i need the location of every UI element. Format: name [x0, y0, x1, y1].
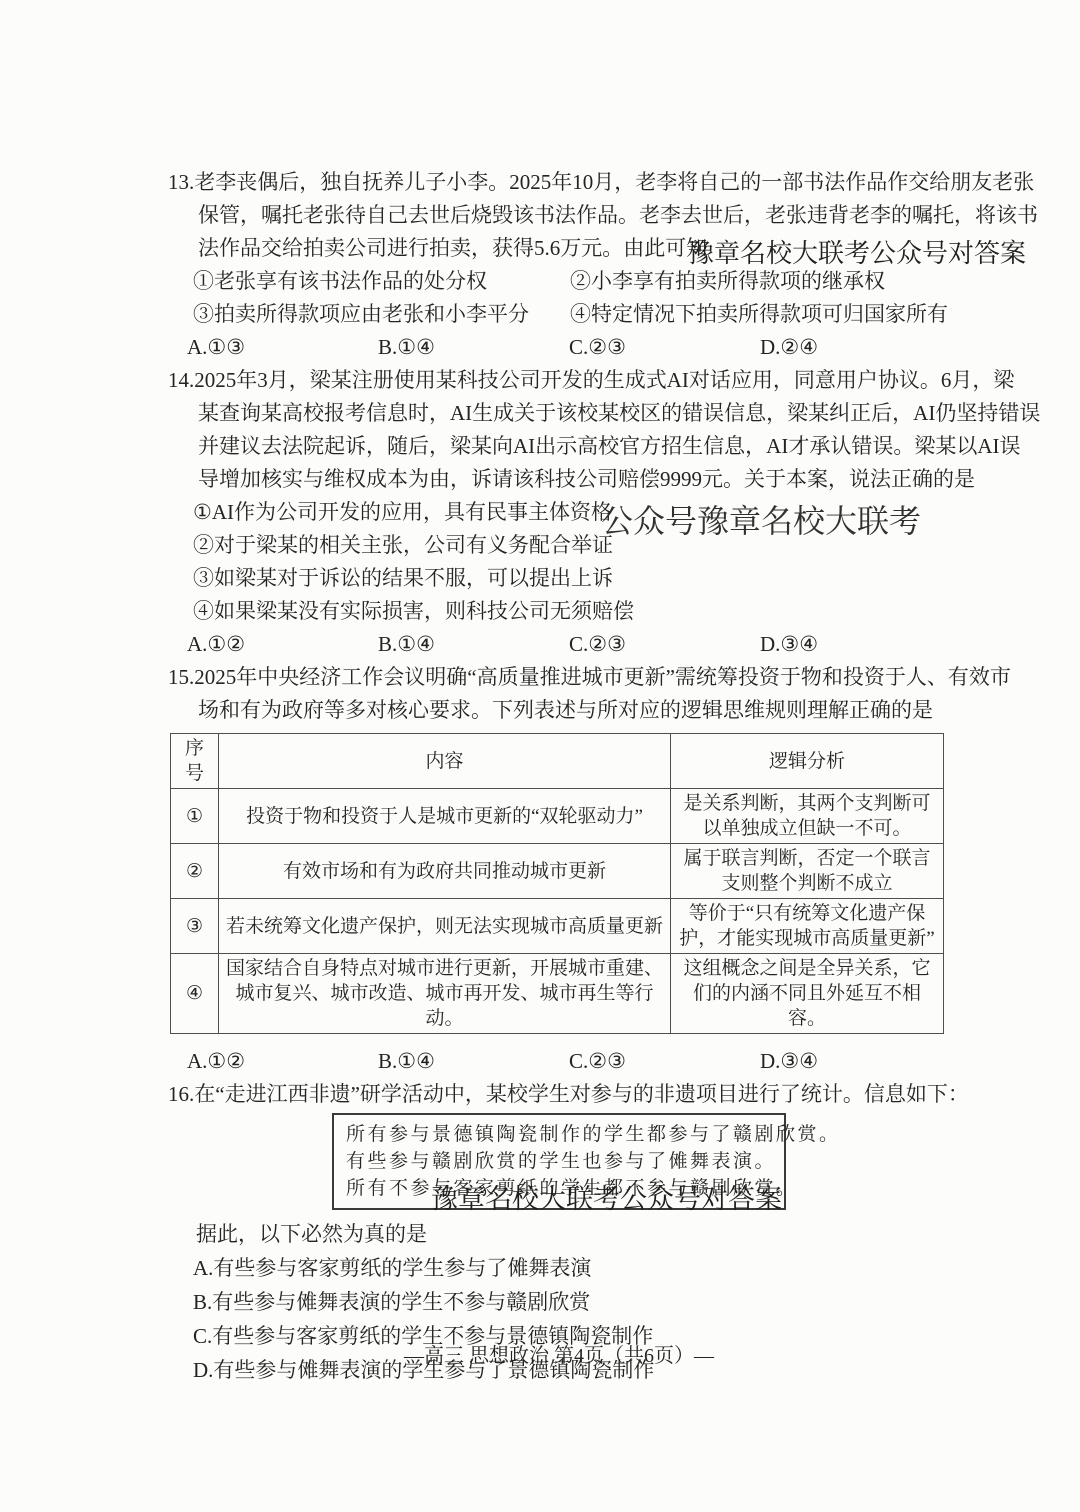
q16-prompt: 据此，以下必然为真的是: [168, 1218, 960, 1251]
page-footer: —高三 思想政治 第4页（共6页）—: [168, 1339, 950, 1368]
q14-line-3: 并建议去法院起诉，随后，梁某向AI出示高校官方招生信息，AI才承认错误。梁某以A…: [168, 430, 960, 463]
question-15: 15.2025年中央经济工作会议明确“高质量推进城市更新”需统筹投资于物和投资于…: [168, 661, 960, 1078]
row2-content: 有效市场和有为政府共同推动城市更新: [219, 844, 671, 899]
q14-option-c: C.②③: [569, 628, 760, 661]
q15-line-1: 15.2025年中央经济工作会议明确“高质量推进城市更新”需统筹投资于物和投资于…: [168, 661, 960, 694]
q13-option-d: D.②④: [760, 331, 818, 364]
table-row: ② 有效市场和有为政府共同推动城市更新 属于联言判断，否定一个联言支则整个判断不…: [171, 844, 944, 899]
q15-options: A.①② B.①④ C.②③ D.③④: [168, 1045, 960, 1078]
q14-statement-3: ③如梁某对于诉讼的结果不服，可以提出上诉: [168, 562, 960, 595]
q15-option-a: A.①②: [187, 1045, 378, 1078]
q14-line-2: 某查询某高校报考信息时，AI生成关于该校某校区的错误信息，梁某纠正后，AI仍坚持…: [168, 397, 960, 430]
q14-line-4: 导增加核实与维权成本为由，诉请该科技公司赔偿9999元。关于本案，说法正确的是: [168, 463, 960, 496]
exam-page-scan: 13.老李丧偶后，独自抚养儿子小李。2025年10月，老李将自己的一部书法作品作…: [0, 0, 1080, 1512]
table-row: ③ 若未统筹文化遗产保护，则无法实现城市高质量更新 等价于“只有统筹文化遗产保护…: [171, 899, 944, 954]
table-row: ① 投资于物和投资于人是城市更新的“双轮驱动力” 是关系判断，其两个支判断可以单…: [171, 789, 944, 844]
row2-number: ②: [171, 844, 219, 899]
q15-option-b: B.①④: [378, 1045, 569, 1078]
row4-analysis: 这组概念之间是全异关系，它们的内涵不同且外延互不相容。: [671, 954, 944, 1034]
q16-premise-1: 所有参与景德镇陶瓷制作的学生都参与了赣剧欣赏。: [346, 1121, 772, 1148]
q14-options: A.①② B.①④ C.②③ D.③④: [168, 628, 960, 661]
row1-content: 投资于物和投资于人是城市更新的“双轮驱动力”: [219, 789, 671, 844]
q15-option-d: D.③④: [760, 1045, 818, 1078]
q13-option-a: A.①③: [187, 331, 378, 364]
q16-option-a: A.有些参与客家剪纸的学生参与了傩舞表演: [168, 1251, 960, 1285]
th-analysis: 逻辑分析: [671, 734, 944, 789]
q13-line-2: 保管，嘱托老张待自己去世后烧毁该书法作品。老李去世后，老张违背老李的嘱托，将该书: [168, 199, 960, 232]
q13-option-b: B.①④: [378, 331, 569, 364]
watermark-answer-channel-q16: 豫章名校大联考公众号对答案: [431, 1177, 782, 1216]
row4-number: ④: [171, 954, 219, 1034]
row3-analysis: 等价于“只有统筹文化遗产保护，才能实现城市高质量更新”: [671, 899, 944, 954]
q15-option-c: C.②③: [569, 1045, 760, 1078]
q13-option-c: C.②③: [569, 331, 760, 364]
row3-number: ③: [171, 899, 219, 954]
q14-option-b: B.①④: [378, 628, 569, 661]
row2-analysis: 属于联言判断，否定一个联言支则整个判断不成立: [671, 844, 944, 899]
q13-line-1: 13.老李丧偶后，独自抚养儿子小李。2025年10月，老李将自己的一部书法作品作…: [168, 166, 960, 199]
q16-premise-2: 有些参与赣剧欣赏的学生也参与了傩舞表演。: [346, 1148, 772, 1175]
row3-content: 若未统筹文化遗产保护，则无法实现城市高质量更新: [219, 899, 671, 954]
row1-analysis: 是关系判断，其两个支判断可以单独成立但缺一不可。: [671, 789, 944, 844]
th-number: 序号: [171, 734, 219, 789]
th-content: 内容: [219, 734, 671, 789]
q13-options: A.①③ B.①④ C.②③ D.②④: [168, 331, 960, 364]
q15-line-2: 场和有为政府等多对核心要求。下列表述与所对应的逻辑思维规则理解正确的是: [168, 694, 960, 727]
q14-statement-4: ④如果梁某没有实际损害，则科技公司无须赔偿: [168, 595, 960, 628]
table-header-row: 序号 内容 逻辑分析: [171, 734, 944, 789]
watermark-answer-channel-q14: 公众号豫章名校大联考: [601, 496, 921, 542]
q13-statement-1: ①老张享有该书法作品的处分权: [193, 265, 570, 298]
q13-statement-4: ④特定情况下拍卖所得款项可归国家所有: [570, 298, 960, 331]
q14-option-d: D.③④: [760, 628, 818, 661]
row4-content: 国家结合自身特点对城市进行更新，开展城市重建、城市复兴、城市改造、城市再开发、城…: [219, 954, 671, 1034]
q16-line-1: 16.在“走进江西非遗”研学活动中，某校学生对参与的非遗项目进行了统计。信息如下…: [168, 1078, 960, 1111]
q13-statements: ①老张享有该书法作品的处分权 ②小李享有拍卖所得款项的继承权 ③拍卖所得款项应由…: [168, 265, 960, 331]
q14-line-1: 14.2025年3月，梁某注册使用某科技公司开发的生成式AI对话应用，同意用户协…: [168, 364, 960, 397]
table-row: ④ 国家结合自身特点对城市进行更新，开展城市重建、城市复兴、城市改造、城市再开发…: [171, 954, 944, 1034]
q14-option-a: A.①②: [187, 628, 378, 661]
row1-number: ①: [171, 789, 219, 844]
watermark-answer-channel-q13: 豫章名校大联考公众号对答案: [688, 233, 1026, 270]
q13-statement-3: ③拍卖所得款项应由老张和小李平分: [193, 298, 570, 331]
q16-option-b: B.有些参与傩舞表演的学生不参与赣剧欣赏: [168, 1285, 960, 1319]
q15-logic-table: 序号 内容 逻辑分析 ① 投资于物和投资于人是城市更新的“双轮驱动力” 是关系判…: [170, 733, 944, 1034]
